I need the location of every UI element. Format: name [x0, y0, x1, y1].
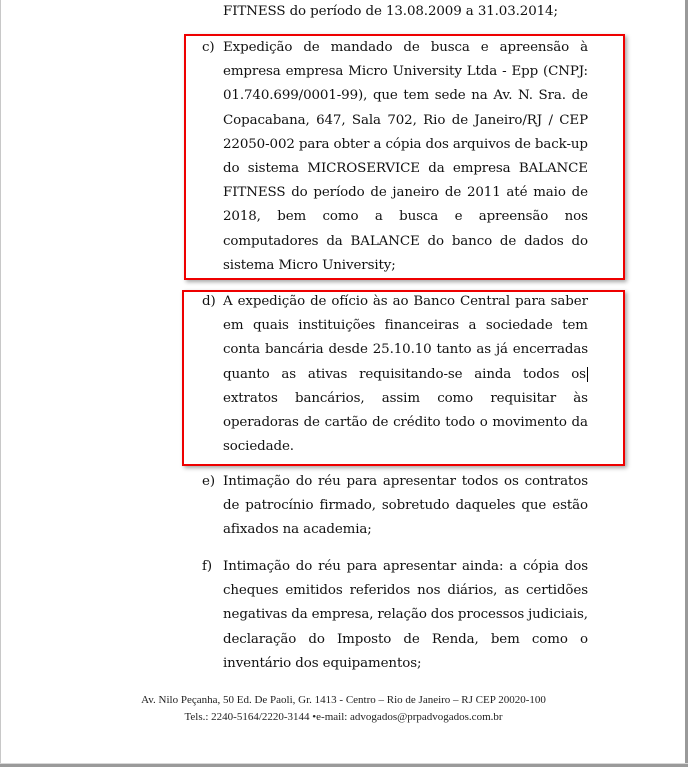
- list-item-line: 2018,bemcomoabuscaeapreensãonos: [223, 205, 588, 229]
- list-item-line: empresaempresaMicroUniversityLtda-Epp(CN…: [223, 60, 588, 84]
- list-item-line: sistema Micro University;: [223, 254, 396, 278]
- list-item-line: Copacabana,647,Sala702,RiodeJaneiro/RJ/C…: [223, 109, 588, 133]
- list-item-line: 01.740.699/0001-99),quetemsedenaAv.N.Sra…: [223, 84, 588, 108]
- carryover-line: FITNESS do período de 13.08.2009 a 31.03…: [223, 0, 558, 24]
- list-item-line: operadorasdecartãodecréditotodoomoviment…: [223, 411, 588, 435]
- list-item-line: FITNESSdoperíododejaneirode2011atémaiode: [223, 181, 588, 205]
- list-item-line: afixados na academia;: [223, 518, 372, 542]
- document-page: FITNESS do período de 13.08.2009 a 31.03…: [0, 0, 685, 763]
- list-item-line: Intimaçãodoréuparaapresentarainda:acópia…: [223, 555, 588, 579]
- list-marker: c): [202, 36, 222, 60]
- list-marker: d): [202, 290, 222, 314]
- list-item-line: quantoasativasrequisitando-seaindatodoso…: [223, 363, 588, 387]
- list-item-line: AexpediçãodeofícioàsaoBancoCentralparasa…: [223, 290, 588, 314]
- footer-contact: Tels.: 2240-5164/2220-3144 •e-mail: advo…: [1, 711, 686, 723]
- list-item-line: Expediçãodemandadodebuscaeapreensãoà: [223, 36, 588, 60]
- page-shadow-bottom: [0, 763, 688, 767]
- list-item-line: negativasdaempresa,relaçãodosprocessosju…: [223, 603, 588, 627]
- text-cursor: [587, 367, 588, 382]
- list-item-line: sociedade.: [223, 435, 294, 459]
- list-item-line: declaraçãodoImpostodeRenda,bemcomoo: [223, 628, 588, 652]
- list-item-line: Intimaçãodoréuparaapresentartodososcontr…: [223, 470, 588, 494]
- list-marker: f): [202, 555, 222, 579]
- list-item-line: extratosbancários,assimcomorequisitaràs: [223, 387, 588, 411]
- list-item-line: contabancáriadesde25.10.10tantoasjáencer…: [223, 338, 588, 362]
- list-item-line: emquaisinstituiçõesfinanceirasasociedade…: [223, 314, 588, 338]
- list-item-line: depatrocíniofirmado,sobretudodaquelesque…: [223, 494, 588, 518]
- list-item-line: 22050-002paraobteracópiadosarquivosdebac…: [223, 133, 588, 157]
- footer-address: Av. Nilo Peçanha, 50 Ed. De Paoli, Gr. 1…: [1, 694, 686, 706]
- list-item-line: inventário dos equipamentos;: [223, 652, 421, 676]
- list-marker: e): [202, 470, 222, 494]
- list-item-line: computadoresdaBALANCEdobancodedadosdo: [223, 230, 588, 254]
- list-item-line: chequesemitidosreferidosnosdiários,ascer…: [223, 579, 588, 603]
- list-item-line: dosistemaMICROSERVICEdaempresaBALANCE: [223, 157, 588, 181]
